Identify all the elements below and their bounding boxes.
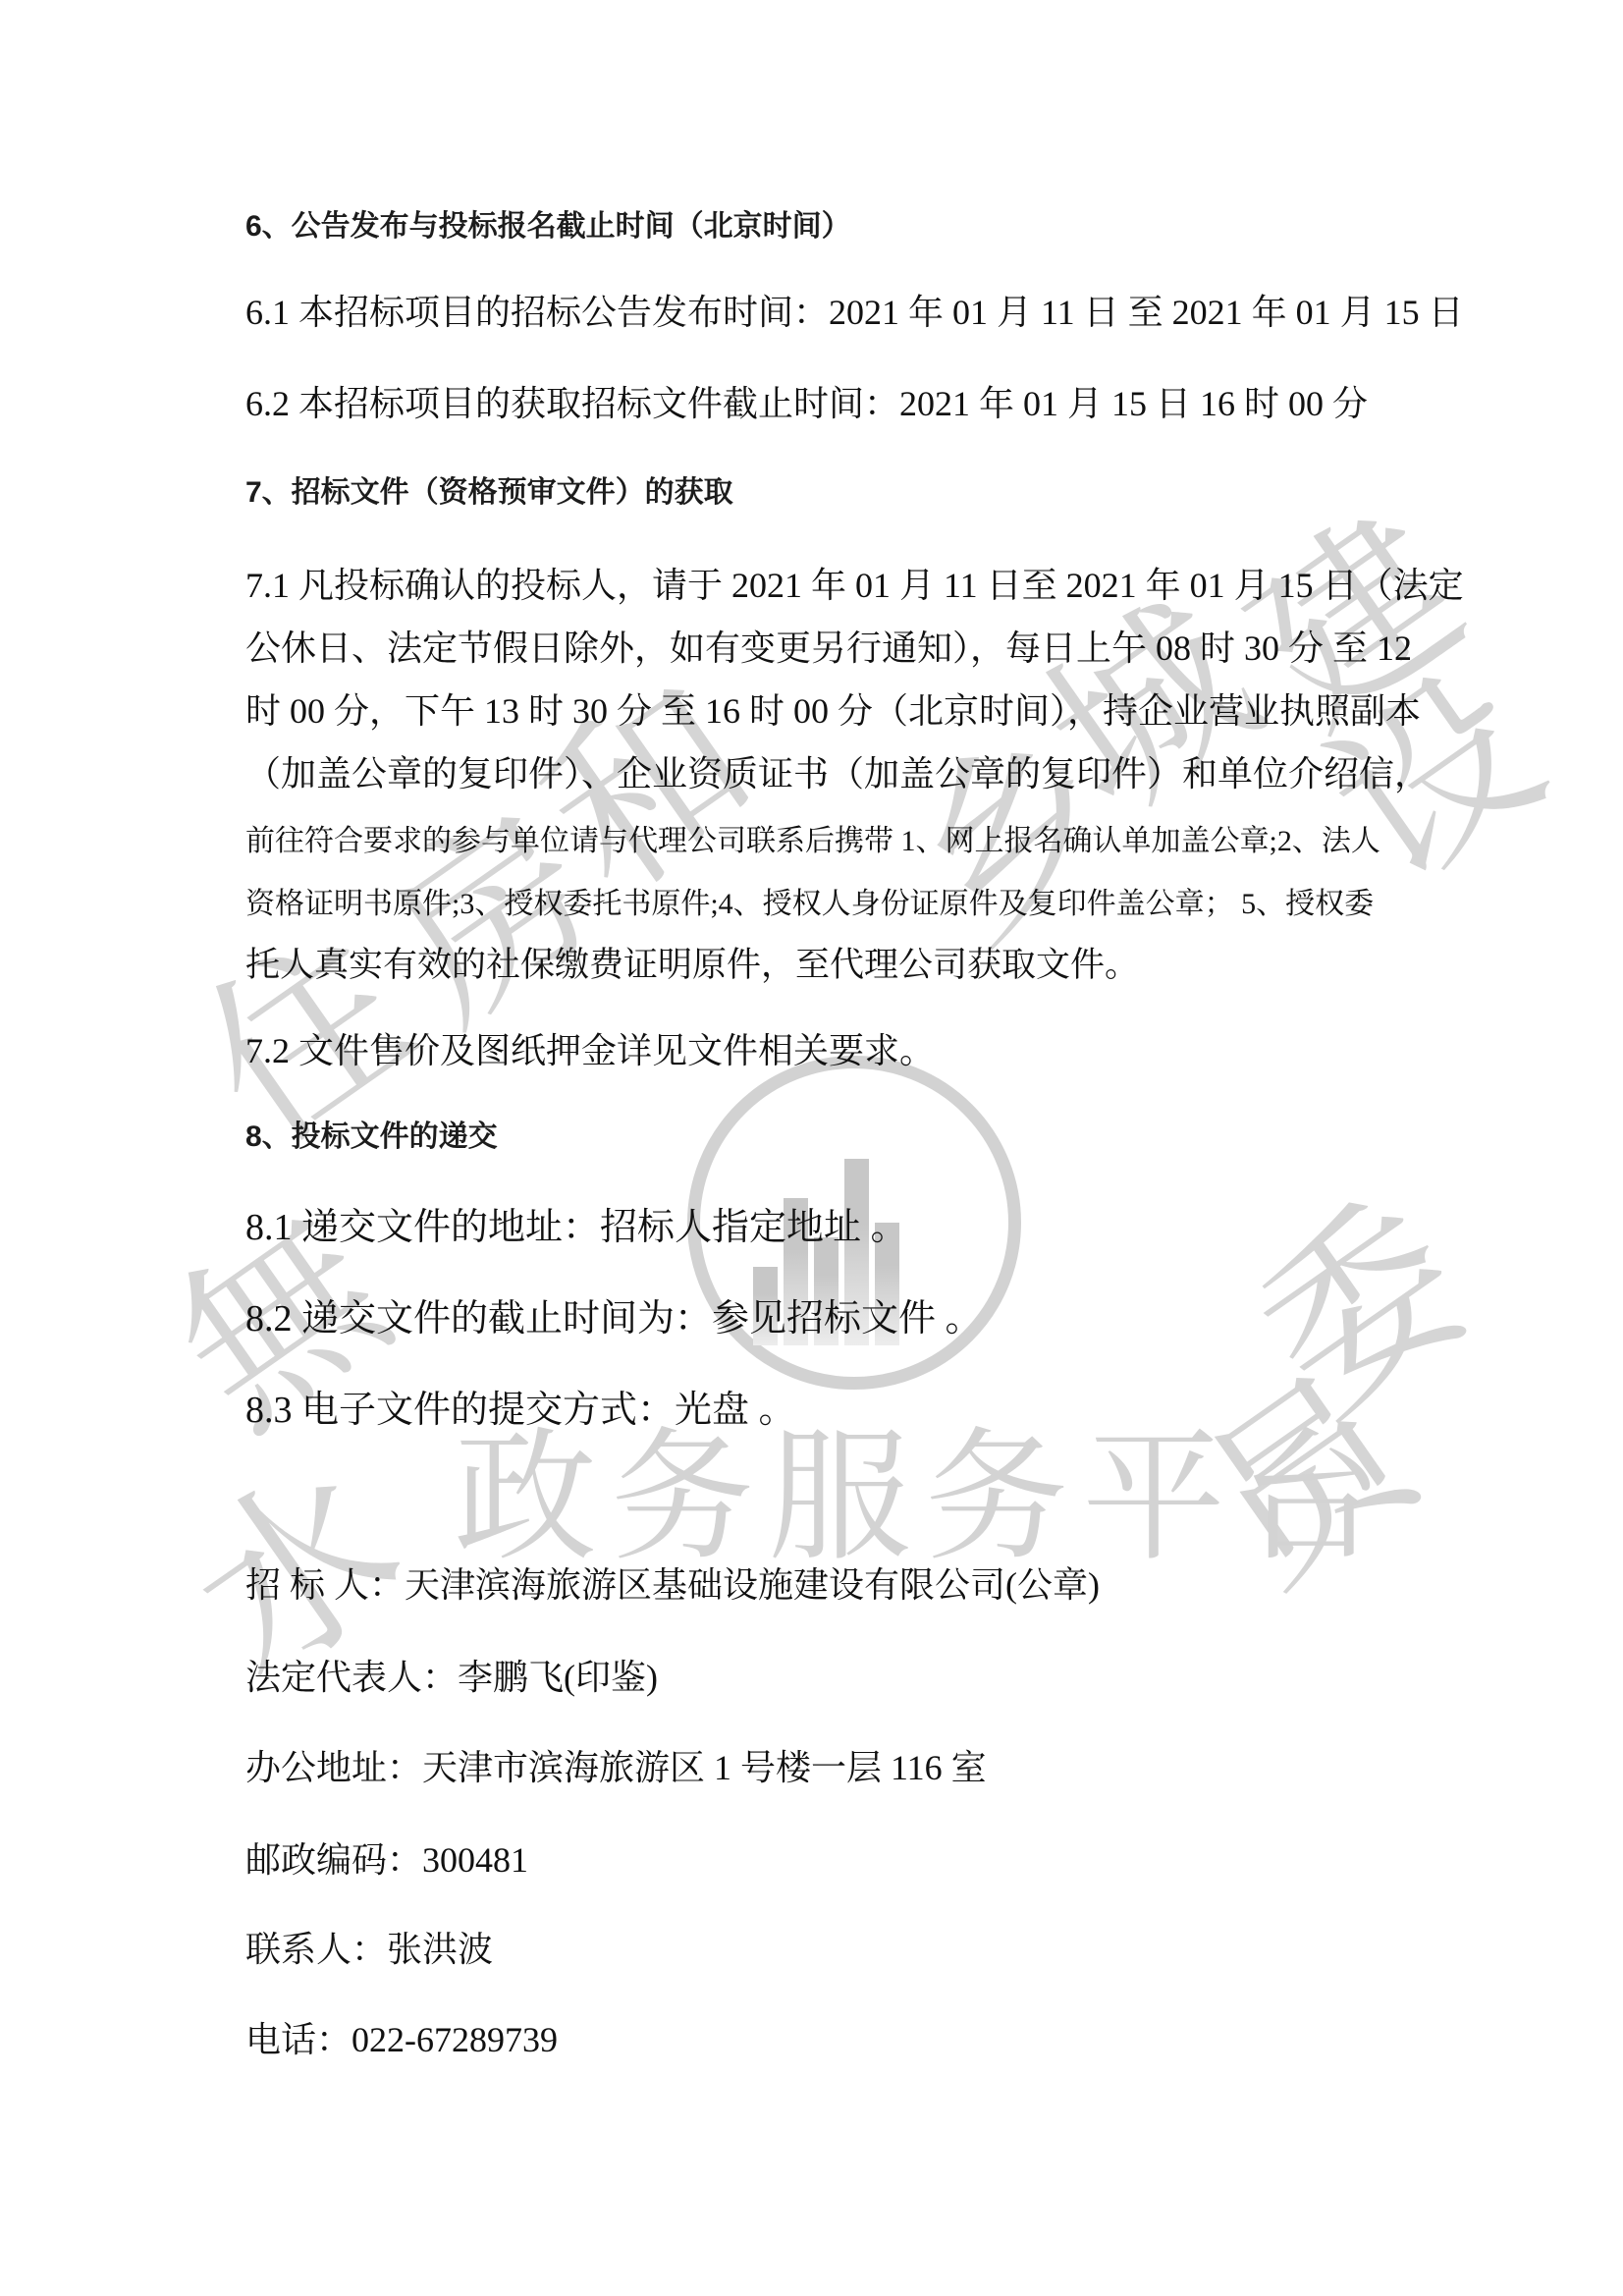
clause-6-2: 6.2 本招标项目的获取招标文件截止时间：2021 年 01 月 15 日 16… <box>245 376 1368 426</box>
tender-notice-page: 住 房 和 乡 城 建 设 委 员 無 水 政务服务平台 6、公告发布与投标报名… <box>0 0 1623 2296</box>
clause-7-2: 7.2 文件售价及图纸押金详见文件相关要求。 <box>245 1023 935 1073</box>
clause-8-2: 8.2 递交文件的截止时间为：参见招标文件 。 <box>245 1287 983 1341</box>
clause-7-1-line-6: 资格证明书原件;3、授权委托书原件;4、授权人身份证原件及复印件盖公章； 5、授… <box>245 879 1374 922</box>
phone-line: 电话：022-67289739 <box>245 2012 558 2062</box>
clause-7-1-line-3: 时 00 分，下午 13 时 30 分 至 16 时 00 分（北京时间），持企… <box>245 683 1421 734</box>
watermark-char-wei: 委 <box>1229 1175 1496 1443</box>
clause-7-1-line-5: 前往符合要求的参与单位请与代理公司联系后携带 1、网上报名确认单加盖公章;2、法… <box>245 816 1380 859</box>
postal-code-line: 邮政编码：300481 <box>245 1832 528 1883</box>
clause-7-1-line-7: 托人真实有效的社保缴费证明原件，至代理公司获取文件。 <box>245 938 1139 987</box>
clause-8-3: 8.3 电子文件的提交方式：光盘 。 <box>245 1379 796 1433</box>
watermark-char-yuan: 员 <box>1175 1347 1442 1614</box>
clause-8-1: 8.1 递交文件的地址：招标人指定地址 。 <box>245 1196 908 1250</box>
clause-7-1-line-1: 7.1 凡投标确认的投标人，请于 2021 年 01 月 11 日至 2021 … <box>245 558 1464 608</box>
clause-6-1: 6.1 本招标项目的招标公告发布时间：2021 年 01 月 11 日 至 20… <box>245 285 1464 335</box>
section-8-heading: 8、投标文件的递交 <box>245 1112 498 1155</box>
watermark-platform-text: 政务服务平台 <box>454 1426 1396 1569</box>
office-address-line: 办公地址：天津市滨海旅游区 1 号楼一层 116 室 <box>245 1740 987 1790</box>
watermark-layer: 住 房 和 乡 城 建 设 委 员 無 水 政务服务平台 <box>0 0 1623 2296</box>
clause-7-1-line-4: （加盖公章的复印件）、企业资质证书（加盖公章的复印件）和单位介绍信， <box>245 746 1430 796</box>
contact-person-line: 联系人：张洪波 <box>245 1922 493 1972</box>
section-7-heading: 7、招标文件（资格预审文件）的获取 <box>245 467 733 511</box>
section-6-heading: 6、公告发布与投标报名截止时间（北京时间） <box>245 201 851 245</box>
legal-representative-line: 法定代表人：李鹏飞(印鉴) <box>245 1650 658 1700</box>
tenderer-line: 招 标 人：天津滨海旅游区基础设施建设有限公司(公章) <box>245 1558 1100 1608</box>
clause-7-1-line-2: 公休日、法定节假日除外，如有变更另行通知），每日上午 08 时 30 分 至 1… <box>245 621 1412 671</box>
